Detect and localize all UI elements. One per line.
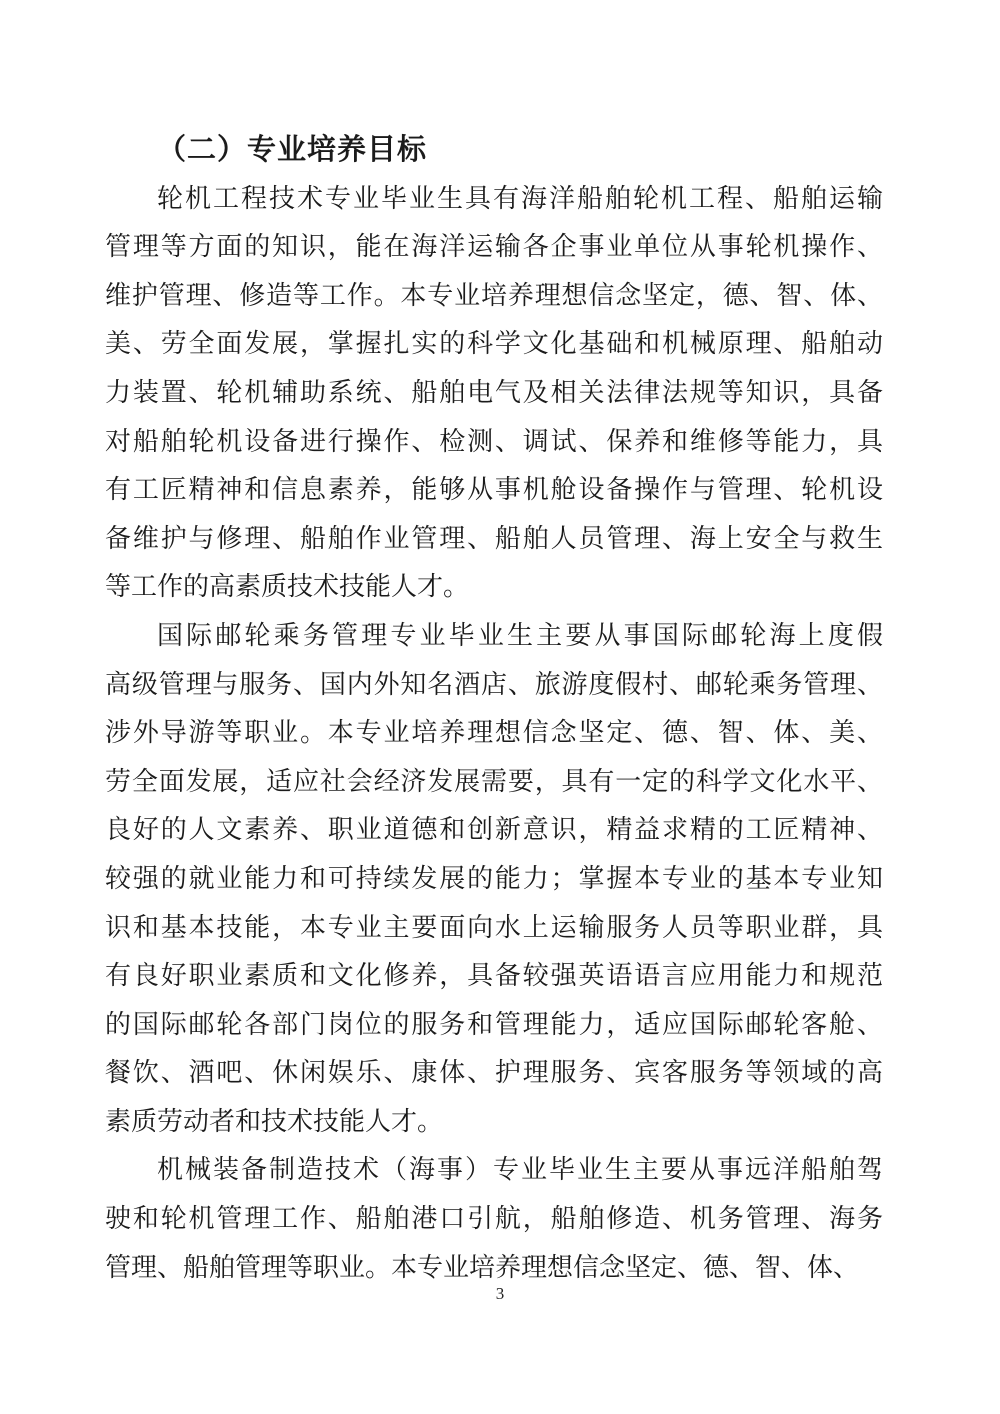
text-line: 轮机工程技术专业毕业生具有海洋船舶轮机工程、船舶运输 bbox=[105, 175, 883, 224]
text-line: 驶和轮机管理工作、船舶港口引航，船舶修造、机务管理、海务 bbox=[105, 1195, 883, 1244]
text-line: 识和基本技能，本专业主要面向水上运输服务人员等职业群，具 bbox=[105, 904, 883, 953]
section-heading: （二）专业培养目标 bbox=[105, 126, 883, 175]
text-line: 维护管理、修造等工作。本专业培养理想信念坚定，德、智、体、 bbox=[105, 272, 883, 321]
text-line: 良好的人文素养、职业道德和创新意识，精益求精的工匠精神、 bbox=[105, 806, 883, 855]
document-page: （二）专业培养目标 轮机工程技术专业毕业生具有海洋船舶轮机工程、船舶运输管理等方… bbox=[0, 0, 1000, 1414]
text-line: 备维护与修理、船舶作业管理、船舶人员管理、海上安全与救生 bbox=[105, 515, 883, 564]
text-line: 美、劳全面发展，掌握扎实的科学文化基础和机械原理、船舶动 bbox=[105, 320, 883, 369]
text-line: 素质劳动者和技术技能人才。 bbox=[105, 1098, 883, 1147]
page-number: 3 bbox=[0, 1284, 1000, 1304]
text-line: 劳全面发展，适应社会经济发展需要，具有一定的科学文化水平、 bbox=[105, 758, 883, 807]
text-line: 餐饮、酒吧、休闲娱乐、康体、护理服务、宾客服务等领域的高 bbox=[105, 1049, 883, 1098]
document-body: （二）专业培养目标 轮机工程技术专业毕业生具有海洋船舶轮机工程、船舶运输管理等方… bbox=[105, 126, 883, 1292]
text-line: 管理等方面的知识，能在海洋运输各企事业单位从事轮机操作、 bbox=[105, 223, 883, 272]
text-line: 涉外导游等职业。本专业培养理想信念坚定、德、智、体、美、 bbox=[105, 709, 883, 758]
text-line: 力装置、轮机辅助系统、船舶电气及相关法律法规等知识，具备 bbox=[105, 369, 883, 418]
text-line: 等工作的高素质技术技能人才。 bbox=[105, 563, 883, 612]
text-line: 对船舶轮机设备进行操作、检测、调试、保养和维修等能力，具 bbox=[105, 418, 883, 467]
text-line: 有工匠精神和信息素养，能够从事机舱设备操作与管理、轮机设 bbox=[105, 466, 883, 515]
text-line: 高级管理与服务、国内外知名酒店、旅游度假村、邮轮乘务管理、 bbox=[105, 661, 883, 710]
text-line: 的国际邮轮各部门岗位的服务和管理能力，适应国际邮轮客舱、 bbox=[105, 1001, 883, 1050]
text-line: 国际邮轮乘务管理专业毕业生主要从事国际邮轮海上度假 bbox=[105, 612, 883, 661]
text-line: 有良好职业素质和文化修养，具备较强英语语言应用能力和规范 bbox=[105, 952, 883, 1001]
text-line: 较强的就业能力和可持续发展的能力；掌握本专业的基本专业知 bbox=[105, 855, 883, 904]
paragraphs-container: 轮机工程技术专业毕业生具有海洋船舶轮机工程、船舶运输管理等方面的知识，能在海洋运… bbox=[105, 175, 883, 1293]
text-line: 机械装备制造技术（海事）专业毕业生主要从事远洋船舶驾 bbox=[105, 1146, 883, 1195]
